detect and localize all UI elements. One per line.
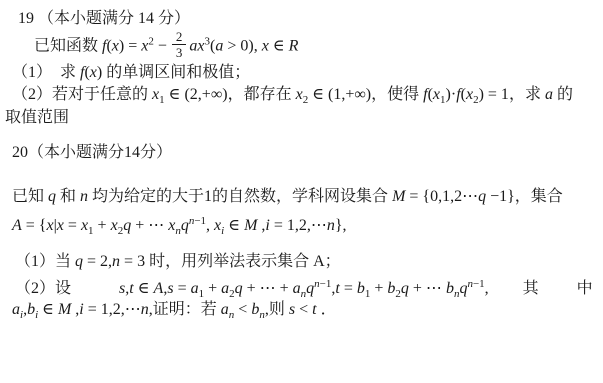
text-segment: 则 (269, 301, 285, 318)
q19-title: 19 （本小题满分 14 分） (18, 8, 190, 30)
text-segment: 取值范围 (5, 109, 69, 126)
text-segment: R (289, 38, 299, 55)
text-segment: x (262, 38, 269, 55)
fraction-numerator: 2 (172, 30, 187, 44)
text-segment: 其 (523, 280, 539, 297)
text-segment: 中 (577, 280, 593, 297)
text-segment: + (94, 217, 111, 234)
text-segment: 均为给定的大于 (92, 188, 204, 205)
text-segment: q (478, 188, 486, 205)
text-segment: b (446, 280, 454, 297)
text-segment: < (234, 301, 251, 318)
text-segment: a (191, 280, 199, 297)
text-segment: 14 (124, 144, 140, 161)
text-segment: M (388, 188, 405, 205)
q20-statement-line1: 已知 q 和 n 均为给定的大于1的自然数，学科网设集合 M = {0,1,2⋯… (12, 186, 563, 208)
text-segment: a (221, 280, 229, 297)
text-segment: 分） (154, 10, 190, 27)
text-segment: 已知 (12, 188, 44, 205)
text-segment: = 3 (120, 253, 149, 270)
text-segment: = (340, 280, 357, 297)
text-segment: A (154, 280, 164, 297)
text-segment: A (309, 253, 325, 270)
text-segment: q (181, 217, 189, 234)
text-segment: ∈ (1,+∞) (308, 86, 371, 103)
q20-part1: （1）当 q = 2,n = 3 时，用列举法表示集合 A； (15, 251, 341, 273)
text-segment: + ⋯ (409, 280, 446, 297)
text-segment: ∈ (2,+∞) (165, 86, 228, 103)
q19-part2: （2）若对于任意的 x1 ∈ (2,+∞)，都存在 x2 ∈ (1,+∞)，使得… (12, 84, 573, 111)
text-segment: = 1,2,⋯ (270, 217, 327, 234)
q19-function-definition: 已知函数 f(x) = x2 − 23ax3(a > 0), x ∈ R (34, 30, 298, 64)
text-segment: ∈ (38, 301, 58, 318)
text-segment: （2）若对于任意的 (12, 86, 148, 103)
q20-part2-continued: ai,bi ∈ M ,i = 1,2,⋯n,证明：若 an < bn,则 s <… (12, 299, 337, 326)
text-segment: 19 (18, 10, 38, 27)
text-segment: }, (335, 217, 347, 234)
text-segment: A (12, 217, 22, 234)
text-segment: ) = 1 (479, 86, 509, 103)
text-segment: )· (446, 86, 457, 103)
text-segment: ，集合 (515, 188, 563, 205)
text-segment: 证明：若 (153, 301, 217, 318)
text-segment: q (306, 280, 314, 297)
text-segment: −1} (486, 188, 515, 205)
text-segment: n (327, 217, 335, 234)
text-segment: ax (189, 38, 204, 55)
text-segment: q (44, 188, 60, 205)
text-segment: a (541, 86, 557, 103)
text-segment: x (466, 86, 473, 103)
text-segment: x (112, 38, 119, 55)
text-segment: n (76, 188, 92, 205)
text-segment: M (244, 217, 257, 234)
text-segment: 的 (557, 86, 573, 103)
text-segment: = {0,1,2⋯ (405, 188, 478, 205)
text-segment: b (27, 301, 35, 318)
text-segment: ∈ (269, 38, 289, 55)
text-segment: 分） (140, 144, 172, 161)
text-segment: x (148, 86, 159, 103)
text-segment: x (292, 86, 303, 103)
text-segment: q (235, 280, 243, 297)
fraction: 23 (172, 30, 187, 60)
text-segment: b (357, 280, 365, 297)
text-segment: x (81, 217, 88, 234)
text-segment: x (46, 217, 53, 234)
text-segment: q (71, 253, 83, 270)
text-segment: ∈ (134, 280, 154, 297)
text-segment: 的自然数，学科网设集合 (212, 188, 388, 205)
text-segment: 20 (12, 144, 28, 161)
text-segment: 14 (138, 10, 154, 27)
text-segment: = (64, 217, 81, 234)
text-segment: + (370, 280, 387, 297)
text-segment: , (485, 280, 489, 297)
text-segment: n (141, 301, 149, 318)
text-segment: > 0), (223, 38, 261, 55)
fraction-denominator: 3 (172, 44, 187, 60)
text-segment: a (293, 280, 301, 297)
text-segment: x (433, 86, 440, 103)
text-segment: < (295, 301, 312, 318)
exam-document: 19 （本小题满分 14 分）已知函数 f(x) = x2 − 23ax3(a … (0, 0, 603, 383)
text-segment: （2）设 (15, 280, 71, 297)
text-segment: ，使得 (371, 86, 419, 103)
q19-part1: （1） 求 f(x) 的单调区间和极值； (12, 62, 250, 84)
q20-title: 20（本小题满分14分） (12, 142, 172, 164)
text-segment: −1 (194, 215, 206, 227)
text-segment: s (285, 301, 295, 318)
text-segment: （本小题满分 (38, 10, 138, 27)
text-segment: + (204, 280, 221, 297)
text-segment: （本小题满分 (28, 144, 124, 161)
text-segment: − (154, 38, 171, 55)
text-segment: q (401, 280, 409, 297)
text-segment: + ⋯ (131, 217, 168, 234)
text-segment: 和 (60, 188, 76, 205)
text-segment: a (217, 301, 229, 318)
text-segment: −1 (320, 278, 332, 290)
q20-statement-line2: A = {x|x = x1 + x2q + ⋯ xnqn−1, xi ∈ M ,… (12, 210, 347, 242)
text-segment: （1） 求 (12, 64, 76, 81)
text-segment: f (419, 86, 427, 103)
text-segment: ) = (119, 38, 141, 55)
text-segment: 已知函数 (34, 38, 98, 55)
text-segment: ∈ (224, 217, 244, 234)
text-segment: = { (22, 217, 47, 234)
text-segment: = 2, (83, 253, 112, 270)
text-segment: ； (325, 253, 341, 270)
text-segment: 的单调区间和极值； (102, 64, 250, 81)
text-segment: ． (317, 301, 337, 318)
text-segment: M (58, 301, 71, 318)
q19-part2-continued: 取值范围 (5, 107, 69, 129)
text-segment: 1 (204, 188, 212, 205)
text-segment: = 1,2,⋯ (84, 301, 141, 318)
text-segment: −1 (473, 278, 485, 290)
text-segment: ，都存在 (228, 86, 292, 103)
text-segment: q (123, 217, 131, 234)
text-segment: x (57, 217, 64, 234)
text-segment: 时，用列举法表示集合 (149, 253, 309, 270)
text-segment: x (111, 217, 118, 234)
text-segment: a (12, 301, 20, 318)
text-segment: （1）当 (15, 253, 71, 270)
text-segment: , (206, 217, 214, 234)
text-segment: x (90, 64, 97, 81)
text-segment: ，求 (509, 86, 541, 103)
text-segment: n (112, 253, 120, 270)
text-segment: = (174, 280, 191, 297)
text-segment: + ⋯ + (243, 280, 293, 297)
